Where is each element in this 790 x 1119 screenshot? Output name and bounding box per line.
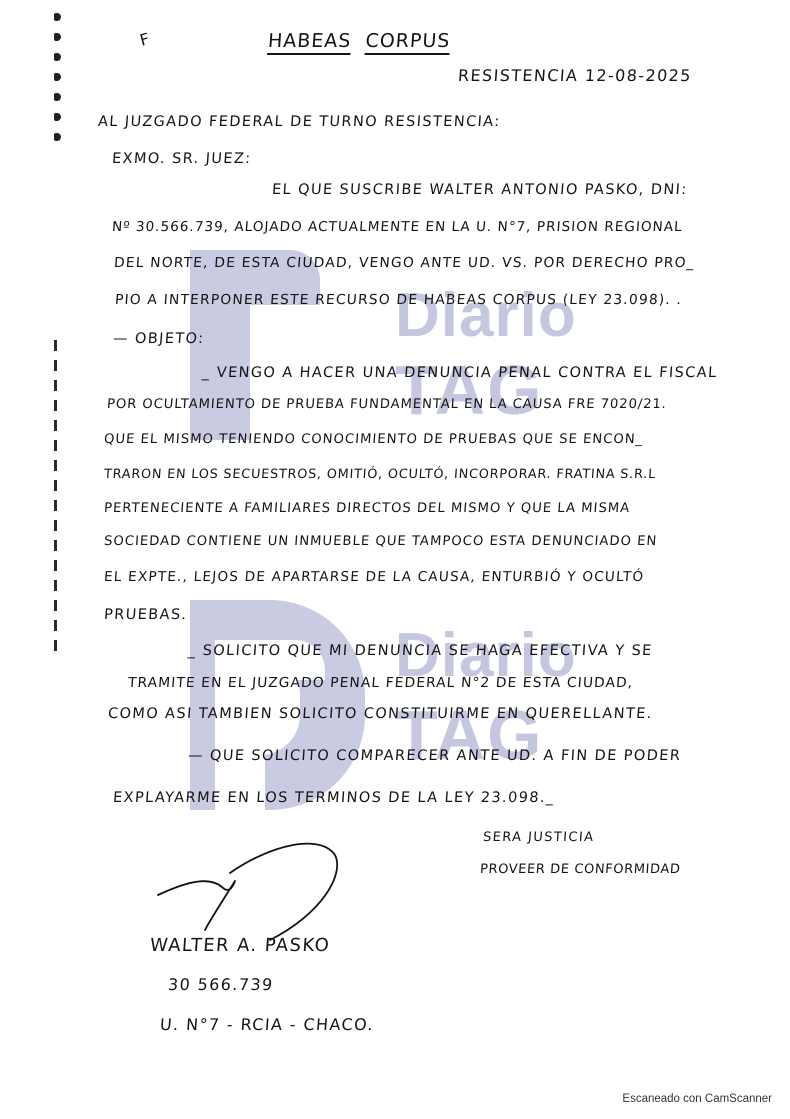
addressee: AL JUZGADO FEDERAL DE TURNO RESISTENCIA: — [97, 114, 501, 130]
binding-holes — [54, 13, 61, 153]
body-line: EL QUE SUSCRIBE WALTER ANTONIO PASKO, DN… — [271, 182, 688, 198]
document-title: HABEAS CORPUS — [267, 30, 451, 52]
salutation: EXMO. SR. JUEZ: — [111, 151, 252, 167]
body-line: TRAMITE EN EL JUZGADO PENAL FEDERAL N°2 … — [127, 675, 633, 691]
body-line: — QUE SOLICITO COMPARECER ANTE UD. A FIN… — [187, 748, 681, 764]
signature-dni: 30 566.739 — [167, 975, 274, 994]
body-line: COMO ASI TAMBIEN SOLICITO CONSTITUIRME E… — [107, 706, 653, 722]
signature-location: U. N°7 - RCIA - CHACO. — [159, 1015, 374, 1034]
body-line: QUE EL MISMO TENIENDO CONOCIMIENTO DE PR… — [103, 432, 643, 447]
body-line: PIO A INTERPONER ESTE RECURSO DE HABEAS … — [114, 292, 682, 308]
body-line: PERTENECIENTE A FAMILIARES DIRECTOS DEL … — [103, 501, 630, 516]
section-heading-objeto: — OBJETO: — [112, 331, 205, 347]
scanner-footer: Escaneado con CamScanner — [622, 1093, 772, 1105]
body-line: _ SOLICITO QUE MI DENUNCIA SE HAGA EFECT… — [187, 643, 653, 659]
body-line: PRUEBAS. — [103, 607, 188, 623]
closing-line: PROVEER DE CONFORMIDAD — [479, 862, 680, 877]
body-line: TRARON EN LOS SECUESTROS, OMITIÓ, OCULTÓ… — [103, 467, 656, 482]
title-word-corpus: CORPUS — [365, 30, 451, 52]
body-line: EXPLAYARME EN LOS TERMINOS DE LA LEY 23.… — [112, 790, 555, 806]
handwritten-signature — [150, 835, 370, 945]
signature-name: WALTER A. PASKO — [149, 935, 331, 956]
scanned-page: Diario TAG Diario TAG F HABEAS CORPUS RE… — [0, 0, 790, 1119]
body-line: Nº 30.566.739, ALOJADO ACTUALMENTE EN LA… — [111, 219, 683, 235]
title-word-habeas: HABEAS — [267, 30, 352, 52]
place-date: RESISTENCIA 12-08-2025 — [457, 66, 692, 85]
body-line: SOCIEDAD CONTIENE UN INMUEBLE QUE TAMPOC… — [103, 534, 657, 549]
body-line: DEL NORTE, DE ESTA CIUDAD, VENGO ANTE UD… — [113, 255, 695, 271]
closing-line: SERA JUSTICIA — [482, 830, 594, 845]
body-line: POR OCULTAMIENTO DE PRUEBA FUNDAMENTAL E… — [106, 397, 667, 412]
corner-mark: F — [138, 29, 152, 50]
body-line: _ VENGO A HACER UNA DENUNCIA PENAL CONTR… — [201, 365, 718, 381]
body-line: EL EXPTE., LEJOS DE APARTARSE DE LA CAUS… — [103, 569, 644, 585]
perforation-line — [54, 340, 57, 660]
